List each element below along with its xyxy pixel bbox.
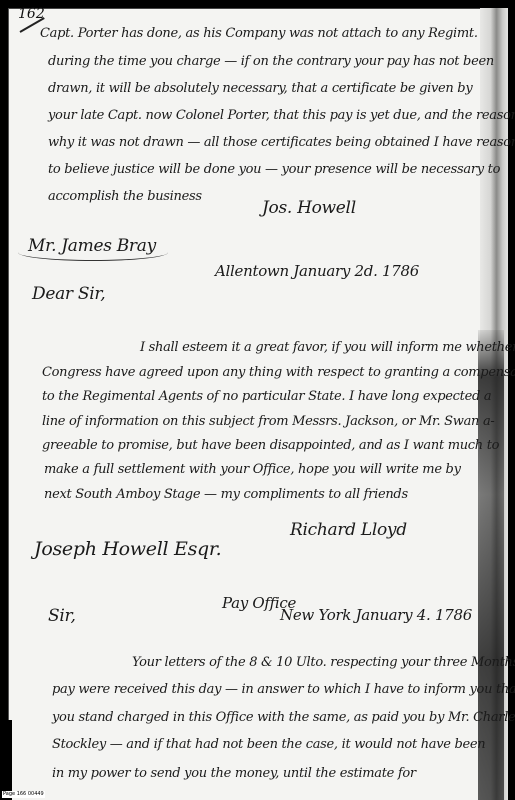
letter-3-line-4: Stockley — and if that had not been the … [52, 737, 485, 752]
letter-2-line-7: next South Amboy Stage — my compliments … [44, 487, 408, 502]
letter-2-line-5: greeable to promise, but have been disap… [42, 438, 499, 453]
recipient-flourish [18, 244, 168, 261]
letter-2-line-2: Congress have agreed upon any thing with… [42, 365, 515, 380]
letter-3-salutation: Sir, [48, 606, 76, 626]
letter-1-line-7: accomplish the business [48, 189, 202, 204]
letter-3-line-2: pay were received this day — in answer t… [52, 682, 515, 697]
letter-2-salutation: Dear Sir, [32, 284, 105, 304]
letter-1-line-5: why it was not drawn — all those certifi… [48, 135, 515, 150]
letter-1-line-1: Capt. Porter has done, as his Company wa… [40, 26, 478, 41]
letter-2-line-1: I shall esteem it a great favor, if you … [140, 340, 515, 355]
scan-border-top [0, 0, 515, 8]
letter-1-line-2: during the time you charge — if on the c… [48, 54, 494, 69]
letter-2-line-6: make a full settlement with your Office,… [44, 462, 461, 477]
letter-2-signature: Richard Lloyd [290, 520, 407, 540]
letter-1-line-4: your late Capt. now Colonel Porter, that… [48, 108, 515, 123]
letter-2-line-4: line of information on this subject from… [42, 414, 495, 429]
letter-3-line-1: Your letters of the 8 & 10 Ulto. respect… [132, 655, 515, 670]
letter-3-line-3: you stand charged in this Office with th… [52, 710, 515, 725]
letter-3-dateline: New York January 4. 1786 [280, 606, 472, 624]
letter-3-line-5: in my power to send you the money, until… [52, 766, 416, 781]
scan-footer-label: Page 166 00449 [2, 791, 45, 798]
letter-2-line-3: to the Regimental Agents of no particula… [42, 389, 491, 404]
letter-2-recipient: Joseph Howell Esqr. [34, 538, 221, 560]
scan-border-left [0, 720, 12, 800]
letter-1-signature: Jos. Howell [262, 198, 356, 218]
letter-1-line-3: drawn, it will be absolutely necessary, … [48, 81, 472, 96]
letter-2-dateline: Allentown January 2d. 1786 [215, 262, 419, 280]
letter-1-line-6: to believe justice will be done you — yo… [48, 162, 500, 177]
